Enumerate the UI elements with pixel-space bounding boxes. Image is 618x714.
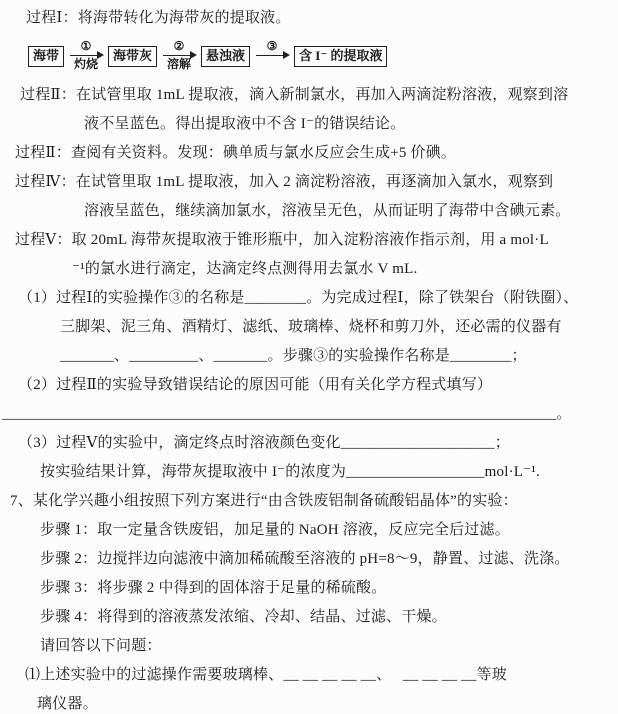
arrow-1-label: 灼烧 — [74, 58, 98, 71]
arrow-right-icon — [256, 55, 288, 57]
circled-number-1: ① — [81, 41, 92, 53]
flowchart-arrow-1: ① 灼烧 — [66, 41, 106, 72]
sub-question-1-line-2: 璃仪器。 — [37, 690, 618, 714]
process-5-line-1: 过程Ⅴ：取 20mL 海带灰提取液于锥形瓶中，加入淀粉溶液作指示剂，用 a mo… — [15, 226, 618, 255]
process-5-line-2: ⁻¹的氯水进行滴定，达滴定终点测得用去氯水 V mL. — [72, 255, 618, 284]
question-1-line-2: 三脚架、泥三角、酒精灯、滤纸、玻璃棒、烧杯和剪刀外，还必需的仪器有 — [60, 313, 618, 342]
step-1-line: 步骤 1：取一定量含铁废铝，加足量的 NaOH 溶液，反应完全后过滤。 — [40, 516, 618, 545]
step-3-line: 步骤 3：将步骤 2 中得到的固体溶于足量的稀硫酸。 — [40, 574, 618, 603]
circled-number-3: ③ — [267, 41, 278, 53]
circled-number-2: ② — [174, 41, 185, 53]
arrow-right-icon — [163, 55, 195, 57]
question-2-answer-blank: ________________________________________… — [2, 400, 618, 429]
flowchart-arrow-2: ② 溶解 — [159, 41, 199, 72]
question-2-line: （2）过程Ⅱ的实验导致错误结论的原因可能（用有关化学方程式填写） — [18, 371, 618, 400]
arrow-2-label: 溶解 — [167, 58, 191, 71]
question-7-heading: 7、某化学兴趣小组按照下列方案进行“由含铁废铝制备硫酸铝晶体”的实验： — [10, 487, 618, 516]
arrow-right-icon — [70, 55, 102, 57]
step-2-line: 步骤 2：边搅拌边向滤液中滴加稀硫酸至溶液的 pH=8～9，静置、过滤、洗涤。 — [40, 545, 618, 574]
flowchart-node-iodide-extract: 含 I⁻ 的提取液 — [294, 46, 387, 67]
process-2-line-2: 液不呈蓝色。得出提取液中不含 I⁻的错误结论。 — [84, 110, 618, 139]
process-2-line-1: 过程Ⅱ：在试管里取 1mL 提取液，滴入新制氯水，再加入两滴淀粉溶液，观察到溶 — [20, 81, 618, 110]
question-3-line-1: （3）过程Ⅴ的实验中，滴定终点时溶液颜色变化__________________… — [18, 429, 618, 458]
step-4-line: 步骤 4：将得到的溶液蒸发浓缩、冷却、结晶、过滤、干燥。 — [40, 603, 618, 632]
flowchart-node-suspension: 悬浊液 — [201, 46, 250, 67]
sub-question-1-line-1: ⑴上述实验中的过滤操作需要玻璃棒、__ __ __ __ __、 __ __ _… — [25, 661, 618, 690]
kelp-extraction-flowchart: 海带 ① 灼烧 海带灰 ② 溶解 悬浊液 ③ 含 I⁻ 的提取液 — [28, 37, 618, 75]
process-1-heading: 过程Ⅰ：将海带转化为海带灰的提取液。 — [26, 5, 618, 32]
flowchart-node-kelp: 海带 — [28, 46, 64, 67]
process-4-line-1: 过程Ⅳ：在试管里取 1mL 提取液，加入 2 滴淀粉溶液，再逐滴加入氯水，观察到 — [15, 168, 618, 197]
answer-prompt-line: 请回答以下问题： — [40, 632, 618, 661]
flowchart-node-kelp-ash: 海带灰 — [108, 46, 157, 67]
process-4-line-2: 溶液呈蓝色，继续滴加氯水，溶液呈无色，从而证明了海带中含碘元素。 — [84, 197, 618, 226]
question-3-line-2: 按实验结果计算，海带灰提取液中 I⁻的浓度为__________________… — [40, 458, 618, 487]
process-3-line: 过程Ⅱ：查阅有关资料。发现：碘单质与氯水反应会生成+5 价碘。 — [15, 139, 618, 168]
question-1-blanks-line: _______、_________、_______。步骤③的实验操作名称是___… — [60, 342, 618, 371]
exam-document-page: 过程Ⅰ：将海带转化为海带灰的提取液。 海带 ① 灼烧 海带灰 ② 溶解 悬浊液 … — [0, 0, 618, 714]
question-1-line-1: （1）过程Ⅰ的实验操作③的名称是________。为完成过程Ⅰ，除了铁架台（附铁… — [18, 284, 618, 313]
flowchart-arrow-3: ③ — [252, 41, 292, 72]
